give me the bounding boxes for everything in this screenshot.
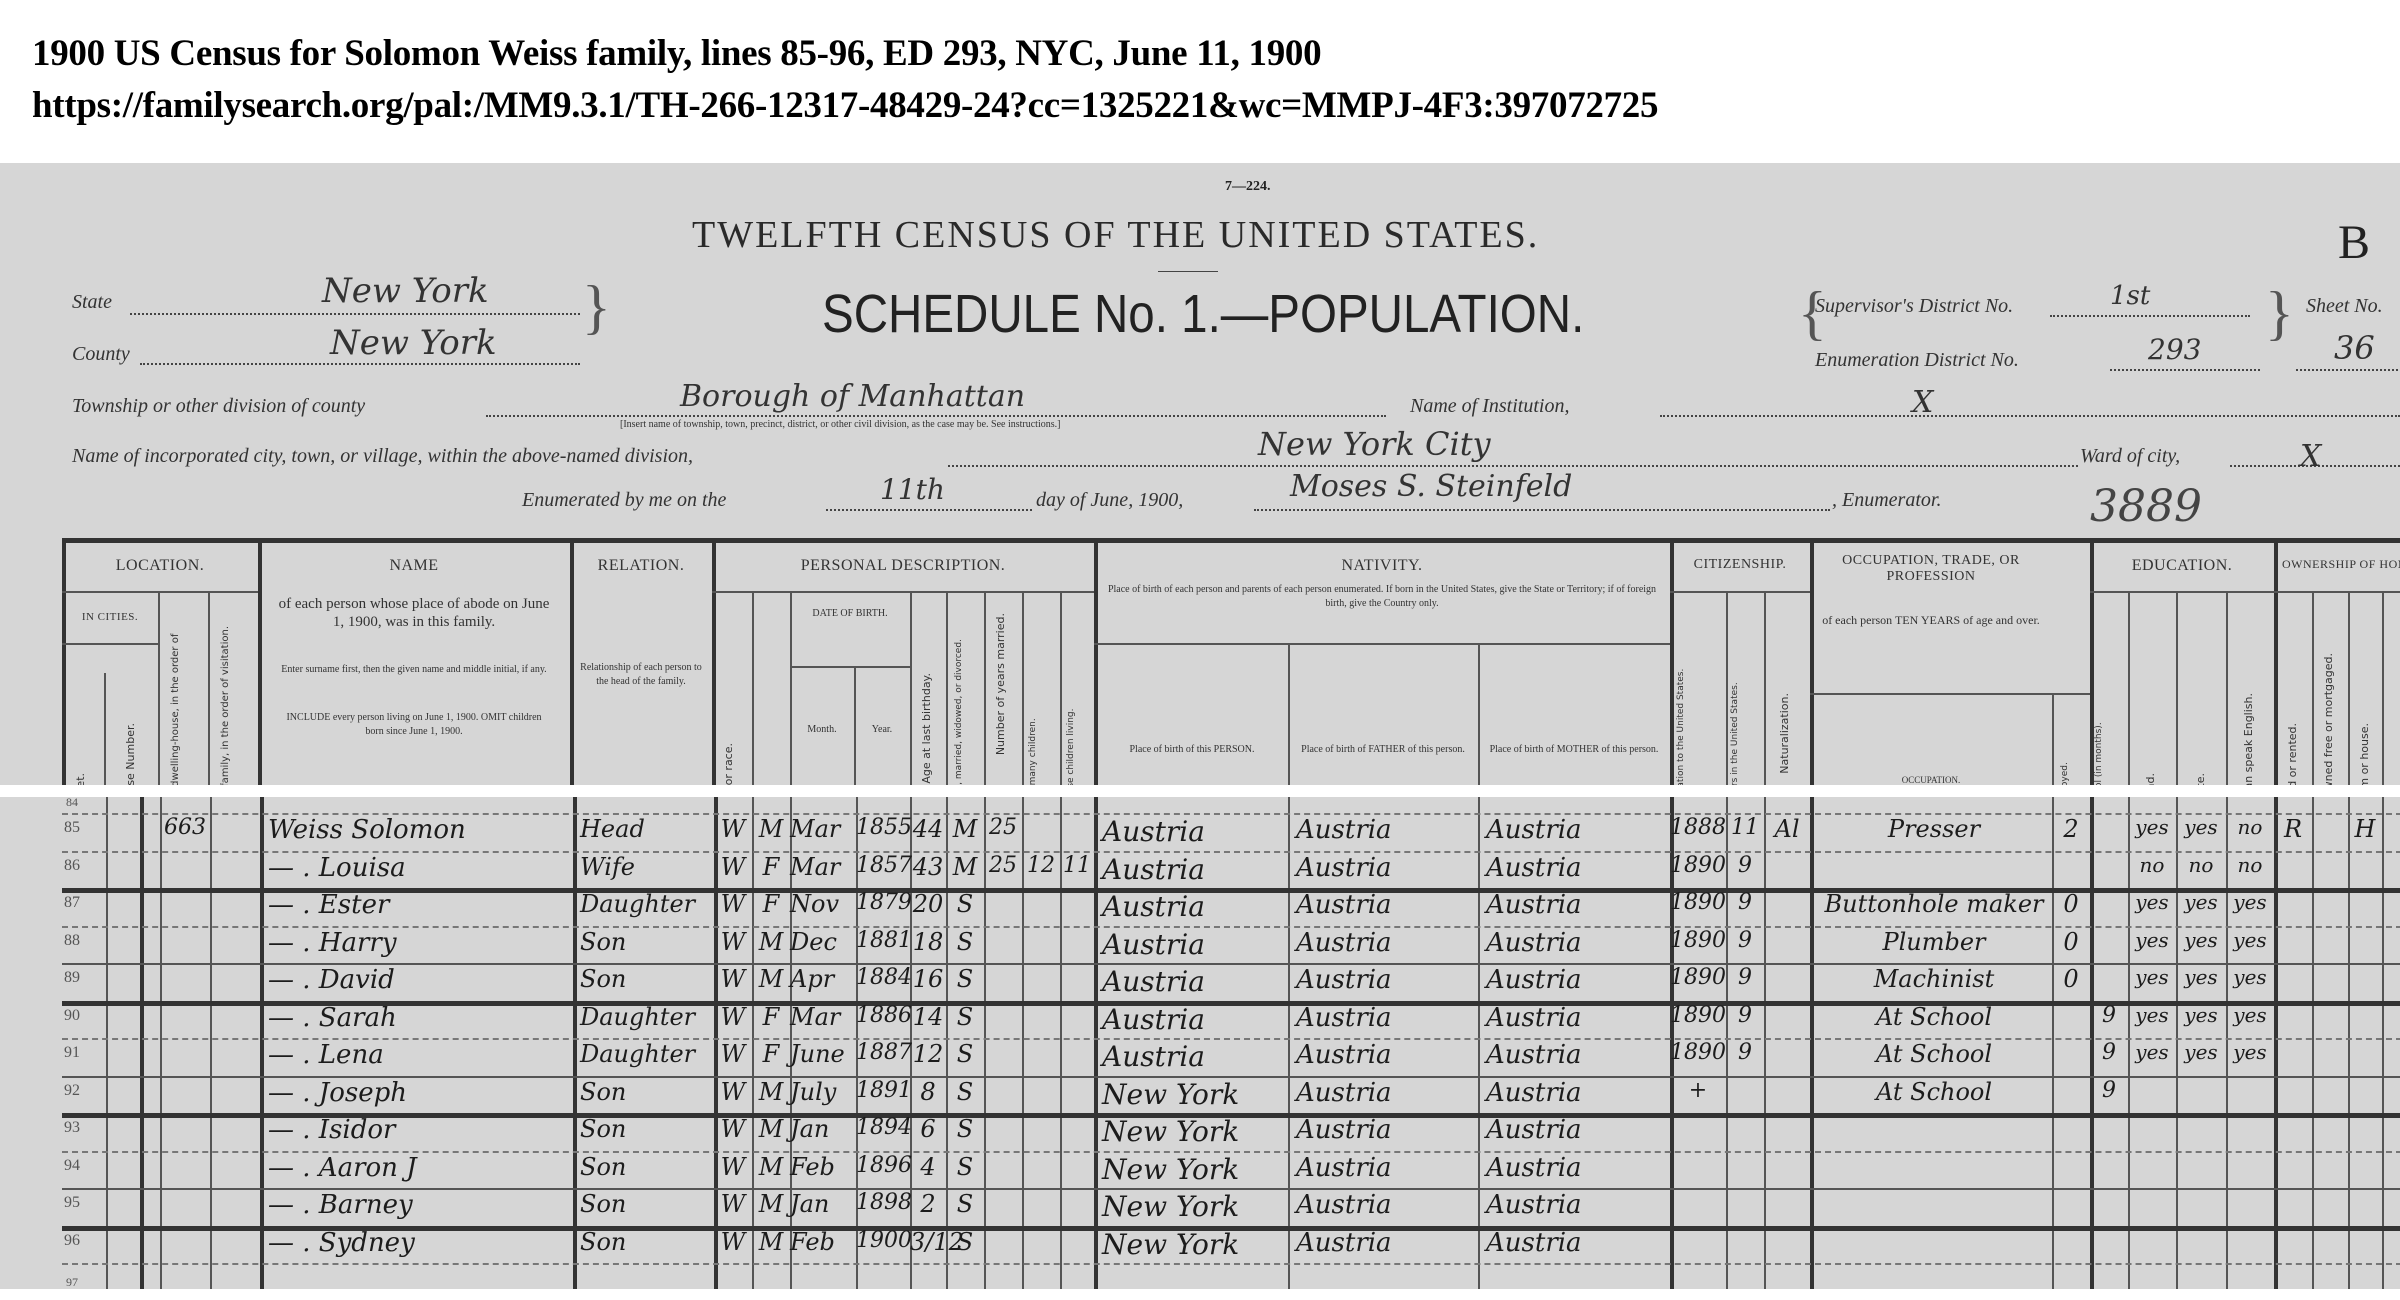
cell-relation: Son (580, 1078, 710, 1106)
stamp-number: 3889 (2090, 481, 2202, 532)
col-border (106, 797, 108, 1289)
cell-natur: Al (1764, 815, 1810, 843)
cell-mother: Austria (1486, 965, 1670, 995)
cell-mother: Austria (1486, 1228, 1670, 1258)
cell-mother: Austria (1486, 1003, 1670, 1033)
cell-marital: S (946, 1115, 984, 1143)
header-house-number: House Number. (124, 723, 137, 785)
cell-month: July (790, 1078, 856, 1106)
header-birth-mother: Place of birth of MOTHER of this person. (1488, 743, 1660, 757)
col-border (2348, 593, 2350, 785)
institution-label: Name of Institution, (1410, 395, 1569, 418)
col-border (2176, 593, 2178, 785)
census-form-header: 7—224. TWELFTH CENSUS OF THE UNITED STAT… (0, 163, 2400, 785)
col-border (712, 543, 716, 785)
line-number: 87 (52, 894, 92, 912)
cell-marital: S (946, 890, 984, 918)
header-owned-rented: Owned or rented. (2286, 723, 2299, 785)
cell-age: 8 (910, 1078, 946, 1106)
col-border (2226, 593, 2228, 785)
city-line (948, 465, 2078, 467)
col-border (1094, 797, 1098, 1289)
census-data-rows: 84 97 85663Weiss SolomonHeadWMMar185544M… (0, 797, 2400, 1289)
cell-marital: S (946, 1003, 984, 1031)
cell-yrs-us: 9 (1726, 853, 1764, 878)
cell-sex: M (752, 815, 790, 843)
col-border (2274, 543, 2278, 785)
cell-year: 1879 (856, 890, 910, 915)
cell-read: yes (2128, 928, 2176, 952)
cell-speak: yes (2226, 965, 2274, 989)
line-number: 89 (52, 969, 92, 987)
cell-age: 43 (910, 853, 946, 881)
cell-immig: 1888 (1670, 815, 1726, 840)
col-border (1022, 593, 1024, 785)
cell-occupation: Presser (1816, 815, 2052, 843)
cell-immig: 1890 (1670, 1003, 1726, 1028)
rows-container: 84 97 85663Weiss SolomonHeadWMMar185544M… (0, 797, 2400, 1289)
cell-school: 9 (2090, 1078, 2128, 1103)
cell-yrs-married: 25 (984, 815, 1022, 840)
census-title: TWELFTH CENSUS OF THE UNITED STATES. (692, 213, 1539, 257)
col-border (258, 543, 262, 785)
col-border (140, 797, 144, 1289)
cell-sex: M (752, 1153, 790, 1181)
line-number: 93 (52, 1119, 92, 1137)
cell-birth: Austria (1102, 853, 1288, 886)
cell-year: 1855 (856, 815, 910, 840)
cell-father: Austria (1296, 1153, 1478, 1183)
cell-father: Austria (1296, 1190, 1478, 1220)
col-border (1060, 593, 1062, 785)
cell-occupation: Machinist (1816, 965, 2052, 993)
cell-age: 3/12 (910, 1228, 946, 1256)
col-border (104, 673, 106, 785)
cell-name: — . Barney (268, 1190, 568, 1220)
col-border (790, 593, 792, 785)
cell-relation: Son (580, 1115, 710, 1143)
header-dwelling: Number of dwelling-house, in the order o… (170, 603, 206, 785)
cell-color: W (714, 1078, 752, 1106)
cell-name: — . Louisa (268, 853, 568, 883)
cell-year: 1887 (856, 1040, 910, 1065)
header-relation-desc: Relationship of each person to the head … (576, 661, 706, 689)
cell-color: W (714, 815, 752, 843)
col-border (2274, 797, 2278, 1289)
cell-age: 14 (910, 1003, 946, 1031)
row-border (712, 591, 1094, 593)
header-location: LOCATION. (62, 557, 258, 575)
cell-write: yes (2176, 815, 2226, 839)
cell-mother: Austria (1486, 1153, 1670, 1183)
cell-father: Austria (1296, 1003, 1478, 1033)
cell-sex: F (752, 853, 790, 881)
header-citizenship: CITIZENSHIP. (1670, 557, 1810, 573)
enumerator-name: Moses S. Steinfeld (1290, 469, 1572, 504)
cell-name: — . Joseph (268, 1078, 568, 1108)
cell-relation: Son (580, 1153, 710, 1181)
cell-unemployed: 0 (2052, 890, 2090, 918)
row-border (1810, 693, 2090, 695)
col-border (2312, 797, 2314, 1289)
line-number: 92 (52, 1082, 92, 1100)
col-border (160, 797, 162, 1289)
cell-age: 18 (910, 928, 946, 956)
sheet-line (2296, 369, 2400, 371)
header-immigration: Year of immigration to the United States… (1676, 603, 1722, 785)
col-border (1288, 643, 1290, 785)
cell-marital: S (946, 1078, 984, 1106)
cell-age: 20 (910, 890, 946, 918)
cell-write: yes (2176, 1040, 2226, 1064)
cell-name: — . Sarah (268, 1003, 568, 1033)
cell-age: 2 (910, 1190, 946, 1218)
cell-speak: no (2226, 815, 2274, 839)
header-dob: DATE OF BIRTH. (790, 607, 910, 621)
cell-birth: New York (1102, 1228, 1288, 1261)
col-border (158, 593, 160, 785)
col-border (752, 593, 754, 785)
cell-color: W (714, 853, 752, 881)
cell-name: — . Aaron J (268, 1153, 568, 1183)
header-attended: Attended school (in months). (2094, 603, 2126, 785)
cell-unemployed: 2 (2052, 815, 2090, 843)
cell-name: — . David (268, 965, 568, 995)
header-color: Color or race. (722, 743, 735, 785)
line-number: 88 (52, 932, 92, 950)
cell-name: — . Lena (268, 1040, 568, 1070)
header-months-unemployed: Months not employed. (2060, 713, 2088, 785)
cell-marital: S (946, 1190, 984, 1218)
cell-write: yes (2176, 1003, 2226, 1027)
caption-url[interactable]: https://familysearch.org/pal:/MM9.3.1/TH… (32, 80, 1658, 132)
header-relation: RELATION. (570, 557, 712, 575)
header-family: Number of family, in the order of visita… (220, 603, 256, 785)
cell-mother: Austria (1486, 853, 1670, 883)
header-occupation-desc: of each person TEN YEARS of age and over… (1820, 613, 2042, 627)
cell-occupation: At School (1816, 1003, 2052, 1031)
cell-birth: Austria (1102, 815, 1288, 848)
header-children-living: Number of these children living. (1066, 603, 1092, 785)
cell-yrs-married: 25 (984, 853, 1022, 878)
col-border (1478, 643, 1480, 785)
cell-sex: F (752, 1003, 790, 1031)
row-divider (62, 813, 2400, 815)
cell-year: 1891 (856, 1078, 910, 1103)
cell-age: 44 (910, 815, 946, 843)
cell-month: Jan (790, 1190, 856, 1218)
cell-unemployed: 0 (2052, 928, 2090, 956)
col-border (1094, 543, 1098, 785)
cell-sex: F (752, 1040, 790, 1068)
header-personal: PERSONAL DESCRIPTION. (712, 557, 1094, 575)
cell-write: yes (2176, 965, 2226, 989)
cell-month: Jan (790, 1115, 856, 1143)
cell-immig: 1890 (1670, 965, 1726, 990)
cell-mother: Austria (1486, 1040, 1670, 1070)
cell-father: Austria (1296, 1040, 1478, 1070)
township-note: [Insert name of township, town, precinct… (620, 419, 1060, 430)
cell-father: Austria (1296, 928, 1478, 958)
cell-school: 9 (2090, 1003, 2128, 1028)
state-label: State (72, 291, 112, 314)
state-value: New York (322, 271, 489, 311)
cell-birth: Austria (1102, 928, 1288, 961)
line-number: 96 (52, 1232, 92, 1250)
col-border (1726, 593, 1728, 785)
row-border (1670, 591, 1810, 593)
cell-school: 9 (2090, 1040, 2128, 1065)
header-nativity: NATIVITY. (1094, 557, 1670, 575)
header-nativity-desc: Place of birth of each person and parent… (1104, 583, 1660, 611)
cell-occupation: Plumber (1816, 928, 2052, 956)
cell-relation: Son (580, 1190, 710, 1218)
title-rule (1158, 271, 1218, 272)
cell-speak: yes (2226, 890, 2274, 914)
cell-color: W (714, 1228, 752, 1256)
cell-yrs-us: 9 (1726, 965, 1764, 990)
cell-father: Austria (1296, 965, 1478, 995)
cell-marital: M (946, 853, 984, 881)
cell-occupation: Buttonhole maker (1816, 890, 2052, 918)
cell-age: 16 (910, 965, 946, 993)
col-border (1764, 797, 1766, 1289)
cell-color: W (714, 890, 752, 918)
cell-relation: Son (580, 1228, 710, 1256)
cell-month: Mar (790, 853, 856, 881)
cell-year: 1898 (856, 1190, 910, 1215)
line-number: 85 (52, 819, 92, 837)
city-value: New York City (1258, 425, 1491, 463)
cell-relation: Son (580, 965, 710, 993)
enumerated-mid-label: day of June, 1900, (1036, 489, 1183, 512)
col-border (2312, 593, 2314, 785)
cell-dwelling: 663 (160, 815, 210, 840)
line-number-edge: 84 (52, 797, 92, 810)
col-border (570, 543, 574, 785)
cell-birth: Austria (1102, 1040, 1288, 1073)
cell-marital: S (946, 965, 984, 993)
cell-sex: M (752, 1078, 790, 1106)
col-border (2052, 693, 2054, 785)
supervisor-value: 1st (2110, 281, 2150, 311)
image-caption: 1900 US Census for Solomon Weiss family,… (32, 28, 1658, 132)
col-border (62, 543, 66, 785)
cell-sex: M (752, 1228, 790, 1256)
header-marital: Whether single, married, widowed, or div… (954, 603, 984, 785)
cell-write: no (2176, 853, 2226, 877)
enumerator-label: , Enumerator. (1832, 489, 1941, 512)
cell-name: — . Ester (268, 890, 568, 920)
line-number: 95 (52, 1194, 92, 1212)
row-border (62, 643, 158, 645)
cell-speak: yes (2226, 1040, 2274, 1064)
header-mother-of: Mother of how many children. (1028, 603, 1058, 785)
header-name: NAME (258, 557, 570, 575)
brace-district-close: } (2265, 279, 2294, 348)
cell-owned: R (2274, 815, 2312, 843)
cell-read: yes (2128, 965, 2176, 989)
cell-name: — . Isidor (268, 1115, 568, 1145)
cell-yrs-us: 9 (1726, 890, 1764, 915)
line-number: 86 (52, 857, 92, 875)
cell-immig: 1890 (1670, 1040, 1726, 1065)
enumerator-line (1254, 509, 1830, 511)
cell-year: 1886 (856, 1003, 910, 1028)
cell-father: Austria (1296, 1115, 1478, 1145)
ward-label: Ward of city, (2080, 445, 2180, 468)
cell-read: yes (2128, 815, 2176, 839)
cell-speak: no (2226, 853, 2274, 877)
cell-father: Austria (1296, 853, 1478, 883)
cell-month: Dec (790, 928, 856, 956)
cell-color: W (714, 1003, 752, 1031)
cell-sex: M (752, 1190, 790, 1218)
line-number: 94 (52, 1157, 92, 1175)
cell-year: 1881 (856, 928, 910, 953)
cell-living: 11 (1060, 853, 1094, 878)
cell-relation: Head (580, 815, 710, 843)
cell-birth: Austria (1102, 965, 1288, 998)
ed-line (2110, 369, 2260, 371)
col-border (1478, 797, 1480, 1289)
cell-father: Austria (1296, 1228, 1478, 1258)
cell-sex: M (752, 928, 790, 956)
header-street: Street. (74, 773, 87, 785)
col-border (1288, 797, 1290, 1289)
cell-yrs-us: 9 (1726, 1040, 1764, 1065)
col-border (573, 797, 577, 1289)
header-education: EDUCATION. (2090, 557, 2274, 575)
cell-marital: S (946, 1228, 984, 1256)
header-can-write: Can write. (2194, 773, 2207, 785)
cell-year: 1857 (856, 853, 910, 878)
header-years-us: Number of years in the United States. (1730, 603, 1762, 785)
header-birth-father: Place of birth of FATHER of this person. (1298, 743, 1468, 757)
cell-year: 1884 (856, 965, 910, 990)
cell-birth: New York (1102, 1078, 1288, 1111)
institution-line (1660, 415, 2400, 417)
cell-mother: Austria (1486, 928, 1670, 958)
cell-mother: Austria (1486, 1115, 1670, 1145)
row-border (790, 666, 910, 668)
form-number: 7—224. (1225, 179, 1271, 195)
cell-immig: + (1670, 1078, 1726, 1103)
cell-birth: New York (1102, 1190, 1288, 1223)
cell-marital: M (946, 815, 984, 843)
cell-immig: 1890 (1670, 890, 1726, 915)
sheet-value: 36 (2334, 329, 2375, 367)
cell-occupation: At School (1816, 1078, 2052, 1106)
city-label: Name of incorporated city, town, or vill… (72, 445, 693, 468)
cell-father: Austria (1296, 890, 1478, 920)
cell-write: yes (2176, 890, 2226, 914)
cell-color: W (714, 1115, 752, 1143)
cell-age: 4 (910, 1153, 946, 1181)
cell-color: W (714, 928, 752, 956)
supervisor-label: Supervisor's District No. (1815, 295, 2013, 318)
cell-month: Feb (790, 1153, 856, 1181)
cell-color: W (714, 1153, 752, 1181)
cell-name: — . Sydney (268, 1228, 568, 1258)
col-border (260, 797, 264, 1289)
township-value: Borough of Manhattan (680, 379, 1025, 414)
cell-mother: Austria (1486, 890, 1670, 920)
header-can-read: Can read. (2144, 773, 2157, 785)
cell-year: 1896 (856, 1153, 910, 1178)
cell-age: 12 (910, 1040, 946, 1068)
col-border (2382, 593, 2384, 785)
cell-month: Feb (790, 1228, 856, 1256)
cell-birth: Austria (1102, 890, 1288, 923)
cell-father: Austria (1296, 1078, 1478, 1108)
cell-speak: yes (2226, 1003, 2274, 1027)
township-label: Township or other division of county (72, 395, 365, 418)
cell-farm: H (2348, 815, 2382, 843)
cell-read: no (2128, 853, 2176, 877)
row-border (1094, 643, 1670, 645)
header-ownership: OWNERSHIP OF HOME. (2274, 557, 2400, 572)
institution-value: X (1912, 385, 1933, 420)
col-border (2348, 797, 2350, 1289)
cell-mother: Austria (1486, 1078, 1670, 1108)
cell-marital: S (946, 1153, 984, 1181)
schedule-title: SCHEDULE No. 1.—POPULATION. (822, 283, 1584, 345)
cell-read: yes (2128, 890, 2176, 914)
cell-yrs-us: 11 (1726, 815, 1764, 840)
enumerated-day-line (826, 509, 1032, 511)
enumerated-day: 11th (880, 473, 945, 506)
row-divider (62, 1263, 2400, 1265)
cell-month: June (790, 1040, 856, 1068)
header-can-speak: Can speak English. (2242, 693, 2255, 785)
cell-birth: New York (1102, 1153, 1288, 1186)
county-value: New York (330, 323, 497, 363)
cell-month: Apr (790, 965, 856, 993)
row-border (62, 591, 258, 593)
header-occupation: OCCUPATION. (1820, 773, 2042, 785)
col-border (208, 593, 210, 785)
header-farm-house: Farm or house. (2358, 723, 2371, 785)
cell-color: W (714, 965, 752, 993)
header-years-married: Number of years married. (994, 613, 1007, 755)
brace-left: } (582, 273, 611, 342)
sheet-label: Sheet No. (2306, 295, 2383, 318)
county-label: County (72, 343, 130, 366)
cell-month: Mar (790, 1003, 856, 1031)
supervisor-line (2050, 315, 2250, 317)
cell-occupation: At School (1816, 1040, 2052, 1068)
cell-month: Nov (790, 890, 856, 918)
header-occupation-head: OCCUPATION, TRADE, OR PROFESSION (1810, 553, 2052, 585)
cell-marital: S (946, 928, 984, 956)
cell-yrs-us: 9 (1726, 1003, 1764, 1028)
cell-name: Weiss Solomon (268, 815, 568, 845)
col-border (2128, 593, 2130, 785)
cell-birth: New York (1102, 1115, 1288, 1148)
cell-name: — . Harry (268, 928, 568, 958)
enumerated-label: Enumerated by me on the (522, 489, 726, 512)
cell-relation: Wife (580, 853, 710, 881)
header-name-instr2: INCLUDE every person living on June 1, 1… (278, 711, 550, 739)
cell-sex: M (752, 965, 790, 993)
cell-mother-of: 12 (1022, 853, 1060, 878)
col-border (910, 593, 912, 785)
col-border (210, 797, 212, 1289)
cell-relation: Daughter (580, 1003, 710, 1031)
line-number: 90 (52, 1007, 92, 1025)
header-naturalization: Naturalization. (1778, 693, 1791, 774)
